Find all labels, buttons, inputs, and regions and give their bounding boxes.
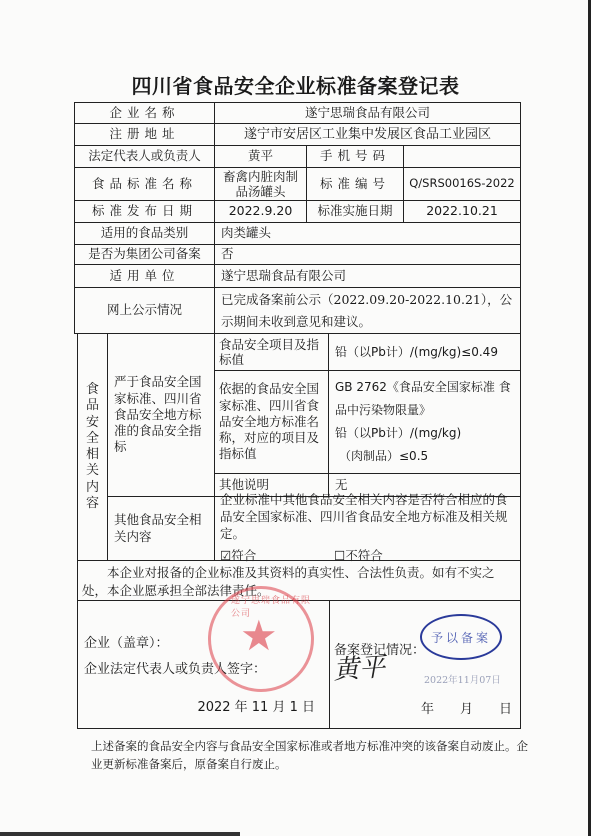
other-content-cell: 企业标准中其他食品安全相关内容是否符合相应的食品安全国家标准、四川省食品安全地方… xyxy=(214,496,521,561)
publicity-label: 网上公示情况 xyxy=(74,287,215,334)
applicable-unit-value: 遂宁思瑞食品有限公司 xyxy=(214,264,521,288)
scan-edge-bottom xyxy=(0,832,240,836)
basis-line-2: 铅（以Pb计）/(mg/kg) xyxy=(335,422,461,445)
handwritten-signature: 黄平 xyxy=(332,646,386,687)
food-safety-section-label: 食 品 安 全 相 关 内 容 xyxy=(77,333,108,561)
company-name-label: 企业名称 xyxy=(74,102,215,124)
category-label: 适用的食品类别 xyxy=(74,222,215,245)
impl-date-label: 标准实施日期 xyxy=(306,200,404,223)
other-content-text: 企业标准中其他食品安全相关内容是否符合相应的食品安全国家标准、四川省食品安全地方… xyxy=(220,492,515,543)
other-content-label: 其他食品安全相关内容 xyxy=(107,496,215,561)
impl-date-value: 2022.10.21 xyxy=(403,200,521,223)
safety-items-value: 铅（以Pb计）/(mg/kg)≤0.49 xyxy=(328,333,521,371)
document-title: 四川省食品安全企业标准备案登记表 xyxy=(0,70,591,99)
stricter-indicators-label: 严于食品安全国家标准、四川省食品安全地方标准的食品安全指标 xyxy=(107,333,215,497)
registration-stamp: 予以备案 xyxy=(420,614,502,660)
registration-stamp-date: 2022年11月07日 xyxy=(424,672,501,686)
group-filing-value: 否 xyxy=(214,244,521,265)
safety-items-label: 食品安全项目及指标值 xyxy=(214,333,329,371)
publish-date-label: 标准发布日期 xyxy=(74,200,215,223)
star-icon: ★ xyxy=(240,615,278,657)
standard-name-label: 食品标准名称 xyxy=(74,167,215,201)
address-label: 注册地址 xyxy=(74,123,215,146)
legal-rep-value: 黄平 xyxy=(214,145,307,168)
group-filing-label: 是否为集团公司备案 xyxy=(74,244,215,265)
publish-date-value: 2022.9.20 xyxy=(214,200,307,223)
company-seal: 遂宁思瑞食品有限公司 ★ xyxy=(208,586,314,692)
publicity-value: 已完成备案前公示（2022.09.20-2022.10.21），公示期间未收到意… xyxy=(214,287,521,334)
registration-date-placeholder: 年 月 日 xyxy=(421,701,512,719)
category-value: 肉类罐头 xyxy=(214,222,521,245)
standard-code-value: Q/SRS0016S-2022 xyxy=(403,167,521,201)
applicable-unit-label: 适用单位 xyxy=(74,264,215,288)
standard-code-label: 标准编号 xyxy=(306,167,404,201)
standard-name-value: 畜禽内脏肉制品汤罐头 xyxy=(214,167,307,201)
footnote: 上述备案的食品安全内容与食品安全国家标准或者地方标准冲突的该备案自动废止。企业更… xyxy=(91,737,531,774)
enterprise-seal-label: 企业（盖章）： xyxy=(84,635,169,653)
address-value: 遂宁市安居区工业集中发展区食品工业园区 xyxy=(214,123,521,146)
phone-value xyxy=(403,145,521,168)
sign-date: 2022 年 11 月 1 日 xyxy=(197,699,315,717)
basis-standard-value: GB 2762《食品安全国家标准 食品中污染物限量》 铅（以Pb计）/(mg/k… xyxy=(328,370,521,474)
company-name-value: 遂宁思瑞食品有限公司 xyxy=(214,102,521,124)
basis-line-3: （肉制品）≤0.5 xyxy=(335,445,428,468)
basis-standard-label: 依据的食品安全国家标准、四川省食品安全地方标准名称，对应的项目及指标值 xyxy=(214,370,329,474)
phone-label: 手机号码 xyxy=(306,145,404,168)
basis-line-1: GB 2762《食品安全国家标准 食品中污染物限量》 xyxy=(335,376,514,422)
legal-rep-label: 法定代表人或负责人 xyxy=(74,145,215,168)
